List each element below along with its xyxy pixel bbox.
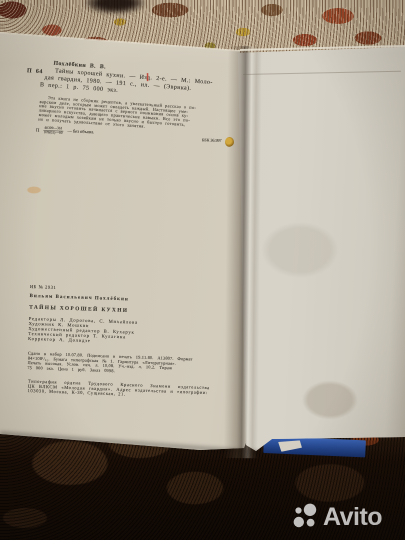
formula-fraction: 40309—361 078(02)—80 [43, 126, 63, 135]
avito-watermark: Avito [292, 498, 382, 536]
formula-suffix: — без объявл. [67, 129, 94, 135]
avito-logo-icon [292, 503, 320, 531]
avito-wordmark: Avito [323, 503, 382, 532]
formula-prefix: П [36, 127, 40, 133]
edition-info-block: ИБ № 2931 Вильям Васильевич Похлёбкин ТА… [28, 284, 230, 348]
bbk-code: ББК 36.997 [202, 138, 222, 143]
book-title: ТАЙНЫ ХОРОШЕЙ КУХНИ [29, 304, 229, 317]
red-pen-mark [147, 73, 148, 81]
catalog-index: П 64 [27, 67, 43, 76]
formula-denominator: 078(02)—80 [43, 131, 63, 135]
photo-scene: Похлёбкин В. В. П 64 Тайны хорошей кухни… [0, 0, 405, 540]
